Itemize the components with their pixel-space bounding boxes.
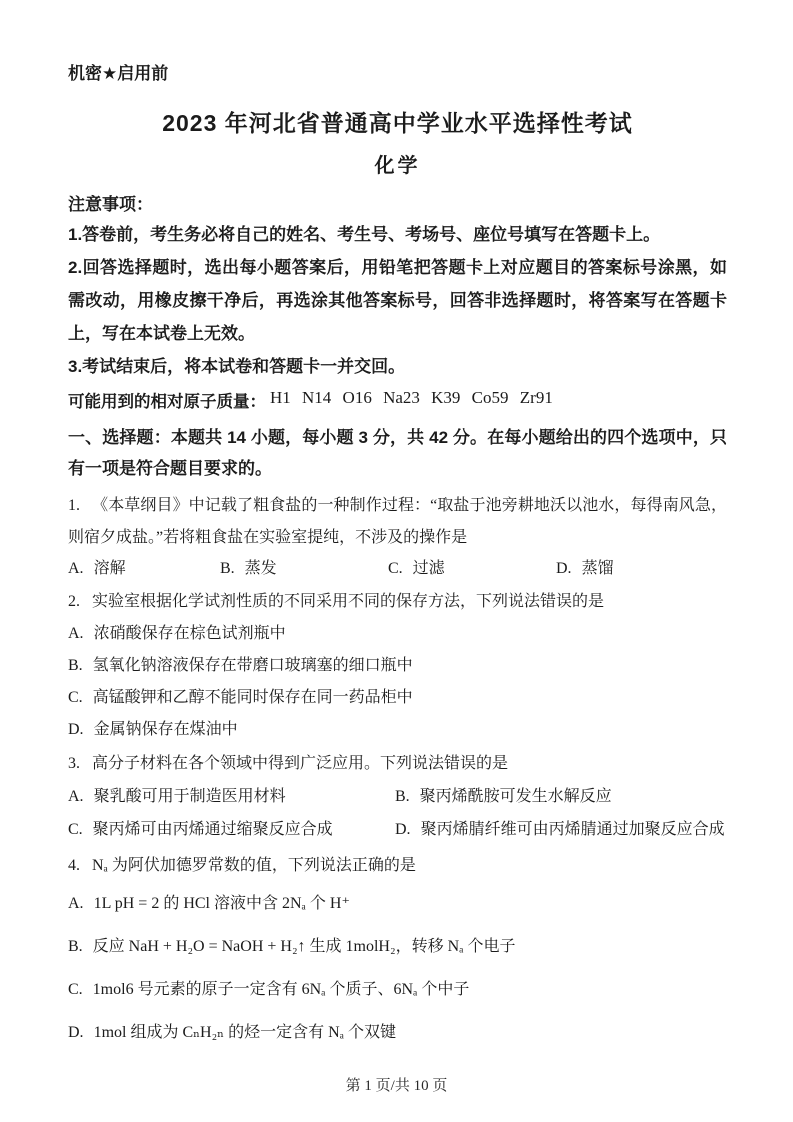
option-c: C.过滤: [388, 554, 556, 584]
option-text: 1mol 组成为 CₙH₂ₙ 的烃一定含有 Nₐ 个双键: [94, 1024, 396, 1041]
question-number: 2.: [68, 593, 80, 610]
option-text: 反应 NaH + H₂O = NaOH + H₂↑ 生成 1molH₂，转移 N…: [93, 938, 516, 955]
option-a: A.1L pH = 2 的 HCl 溶液中含 2Nₐ 个 H⁺: [68, 882, 727, 925]
atomic-masses-values: H1 N14 O16 Na23 K39 Co59 Zr91: [270, 388, 553, 407]
option-d: D.1mol 组成为 CₙH₂ₙ 的烃一定含有 Nₐ 个双键: [68, 1011, 727, 1054]
question-2-stem: 2.实验室根据化学试剂性质的不同采用不同的保存方法，下列说法错误的是: [68, 586, 727, 618]
option-label: C.: [388, 560, 403, 577]
option-a: A.聚乳酸可用于制造医用材料: [68, 780, 395, 813]
question-number: 4.: [68, 857, 80, 874]
option-b: B.氢氧化钠溶液保存在带磨口玻璃塞的细口瓶中: [68, 650, 727, 682]
option-label: B.: [220, 560, 235, 577]
option-label: D.: [68, 721, 84, 738]
atomic-masses-label: 可能用到的相对原子质量：: [68, 393, 266, 411]
option-label: C.: [68, 689, 83, 706]
question-stem-text: 实验室根据化学试剂性质的不同采用不同的保存方法，下列说法错误的是: [92, 593, 604, 610]
option-d: D.蒸馏: [556, 554, 614, 584]
option-label: B.: [395, 788, 410, 805]
option-text: 聚丙烯腈纤维可由丙烯腈通过加聚反应合成: [421, 821, 725, 838]
notice-item-3: 3.考试结束后，将本试卷和答题卡一并交回。: [68, 350, 727, 383]
option-text: 聚丙烯可由丙烯通过缩聚反应合成: [93, 821, 333, 838]
option-text: 1L pH = 2 的 HCl 溶液中含 2Nₐ 个 H⁺: [94, 895, 350, 912]
question-number: 1.: [68, 497, 80, 514]
option-label: C.: [68, 981, 83, 998]
option-text: 过滤: [413, 560, 445, 577]
question-3-stem: 3.高分子材料在各个领域中得到广泛应用。下列说法错误的是: [68, 748, 727, 780]
notice-item-2: 2.回答选择题时，选出每小题答案后，用铅笔把答题卡上对应题目的答案标号涂黑，如需…: [68, 251, 727, 350]
question-3-options: A.聚乳酸可用于制造医用材料 B.聚丙烯酰胺可发生水解反应 C.聚丙烯可由丙烯通…: [68, 780, 727, 846]
option-label: A.: [68, 625, 84, 642]
option-label: A.: [68, 560, 84, 577]
question-4-stem: 4.Nₐ 为阿伏加德罗常数的值，下列说法正确的是: [68, 850, 727, 882]
option-label: A.: [68, 788, 84, 805]
question-4-options: A.1L pH = 2 的 HCl 溶液中含 2Nₐ 个 H⁺ B.反应 NaH…: [68, 882, 727, 1054]
confidential-label: 机密★启用前: [68, 62, 727, 86]
exam-subject: 化学: [68, 152, 727, 180]
atomic-masses-line: 可能用到的相对原子质量： H1 N14 O16 Na23 K39 Co59 Zr…: [68, 387, 727, 418]
notice-item-1: 1.答卷前，考生务必将自己的姓名、考生号、考场号、座位号填写在答题卡上。: [68, 218, 727, 251]
notice-heading: 注意事项：: [68, 192, 727, 218]
question-3: 3.高分子材料在各个领域中得到广泛应用。下列说法错误的是 A.聚乳酸可用于制造医…: [68, 748, 727, 846]
option-text: 溶解: [94, 560, 126, 577]
question-stem-text: 《本草纲目》中记载了粗食盐的一种制作过程：“取盐于池旁耕地沃以池水，每得南风急，…: [68, 497, 727, 546]
option-d: D.金属钠保存在煤油中: [68, 714, 727, 746]
option-label: C.: [68, 821, 83, 838]
question-1-stem: 1.《本草纲目》中记载了粗食盐的一种制作过程：“取盐于池旁耕地沃以池水，每得南风…: [68, 490, 727, 554]
question-number: 3.: [68, 755, 80, 772]
option-a: A.浓硝酸保存在棕色试剂瓶中: [68, 618, 727, 650]
option-text: 浓硝酸保存在棕色试剂瓶中: [94, 625, 286, 642]
question-1-options: A.溶解 B.蒸发 C.过滤 D.蒸馏: [68, 554, 727, 584]
option-b: B.蒸发: [220, 554, 388, 584]
question-stem-text: 高分子材料在各个领域中得到广泛应用。下列说法错误的是: [92, 755, 508, 772]
section-heading: 一、选择题：本题共 14 小题，每小题 3 分，共 42 分。在每小题给出的四个…: [68, 422, 727, 484]
option-text: 金属钠保存在煤油中: [94, 721, 238, 738]
option-label: B.: [68, 657, 83, 674]
option-a: A.溶解: [68, 554, 220, 584]
option-b: B.反应 NaH + H₂O = NaOH + H₂↑ 生成 1molH₂，转移…: [68, 925, 727, 968]
question-4: 4.Nₐ 为阿伏加德罗常数的值，下列说法正确的是 A.1L pH = 2 的 H…: [68, 850, 727, 1054]
option-text: 聚乳酸可用于制造医用材料: [94, 788, 286, 805]
question-2: 2.实验室根据化学试剂性质的不同采用不同的保存方法，下列说法错误的是 A.浓硝酸…: [68, 586, 727, 746]
page-footer: 第 1 页/共 10 页: [0, 1076, 793, 1096]
option-b: B.聚丙烯酰胺可发生水解反应: [395, 780, 612, 813]
option-text: 高锰酸钾和乙醇不能同时保存在同一药品柜中: [93, 689, 413, 706]
question-2-options: A.浓硝酸保存在棕色试剂瓶中 B.氢氧化钠溶液保存在带磨口玻璃塞的细口瓶中 C.…: [68, 618, 727, 746]
exam-title: 2023 年河北省普通高中学业水平选择性考试: [68, 108, 727, 138]
options-row: A.聚乳酸可用于制造医用材料 B.聚丙烯酰胺可发生水解反应: [68, 780, 727, 813]
question-stem-text: Nₐ 为阿伏加德罗常数的值，下列说法正确的是: [92, 857, 416, 874]
option-text: 1mol6 号元素的原子一定含有 6Nₐ 个质子、6Nₐ 个中子: [93, 981, 470, 998]
option-label: B.: [68, 938, 83, 955]
option-label: D.: [556, 560, 572, 577]
option-text: 聚丙烯酰胺可发生水解反应: [420, 788, 612, 805]
option-label: A.: [68, 895, 84, 912]
option-c: C.1mol6 号元素的原子一定含有 6Nₐ 个质子、6Nₐ 个中子: [68, 968, 727, 1011]
option-text: 蒸馏: [582, 560, 614, 577]
option-c: C.聚丙烯可由丙烯通过缩聚反应合成: [68, 813, 395, 846]
option-text: 蒸发: [245, 560, 277, 577]
option-c: C.高锰酸钾和乙醇不能同时保存在同一药品柜中: [68, 682, 727, 714]
option-text: 氢氧化钠溶液保存在带磨口玻璃塞的细口瓶中: [93, 657, 413, 674]
options-row: C.聚丙烯可由丙烯通过缩聚反应合成 D.聚丙烯腈纤维可由丙烯腈通过加聚反应合成: [68, 813, 727, 846]
option-d: D.聚丙烯腈纤维可由丙烯腈通过加聚反应合成: [395, 813, 725, 846]
option-label: D.: [68, 1024, 84, 1041]
exam-page: 机密★启用前 2023 年河北省普通高中学业水平选择性考试 化学 注意事项： 1…: [0, 0, 793, 1122]
question-1: 1.《本草纲目》中记载了粗食盐的一种制作过程：“取盐于池旁耕地沃以池水，每得南风…: [68, 490, 727, 584]
option-label: D.: [395, 821, 411, 838]
